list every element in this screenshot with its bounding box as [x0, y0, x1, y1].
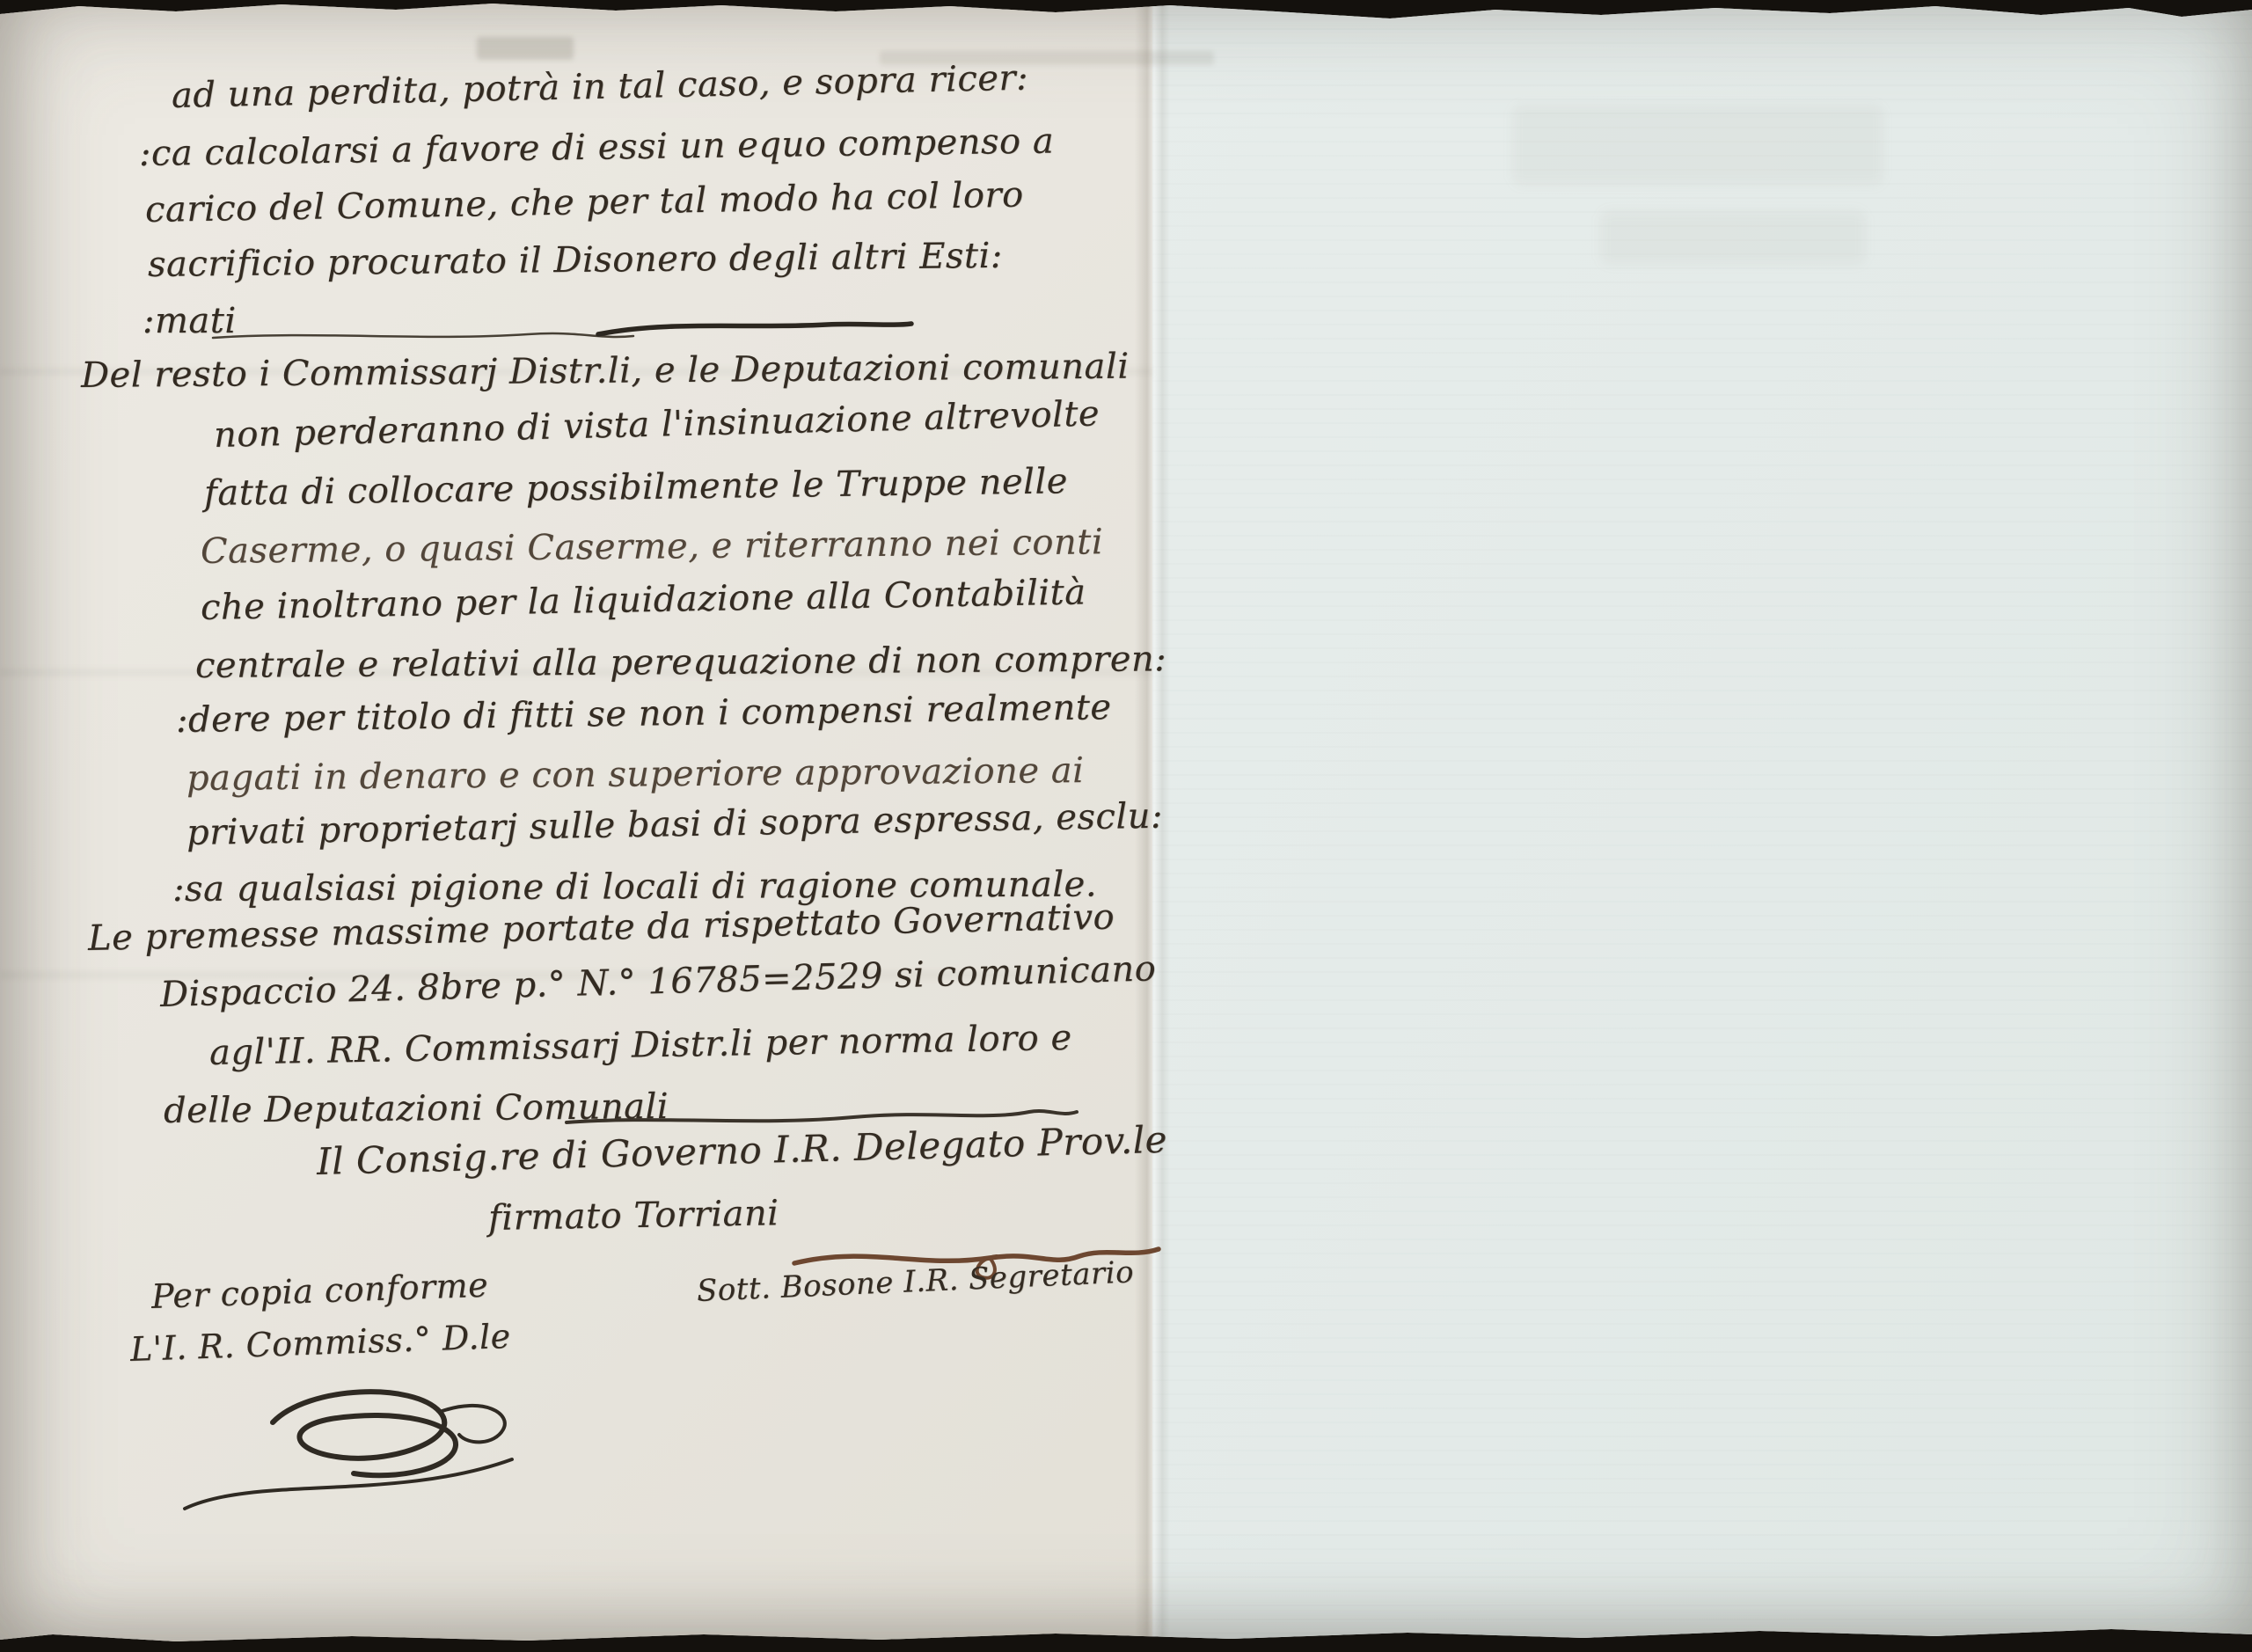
ink-smudge — [477, 37, 574, 60]
underline-flourish — [211, 313, 915, 352]
commissioner-signature-flourish — [132, 1359, 554, 1526]
manuscript-line: centrale e relativi alla perequazione di… — [195, 639, 1167, 686]
manuscript-line: pagati in denaro e con superiore approva… — [186, 750, 1085, 799]
manuscript-scan: ad una perdita, potrà in tal caso, e sop… — [0, 0, 2252, 1652]
signed-name-line: firmato Torriani — [488, 1193, 779, 1239]
showthrough-stain — [1513, 106, 1883, 185]
showthrough-stain — [1601, 211, 1865, 264]
paper-sheet: ad una perdita, potrà in tal caso, e sop… — [0, 0, 2252, 1652]
